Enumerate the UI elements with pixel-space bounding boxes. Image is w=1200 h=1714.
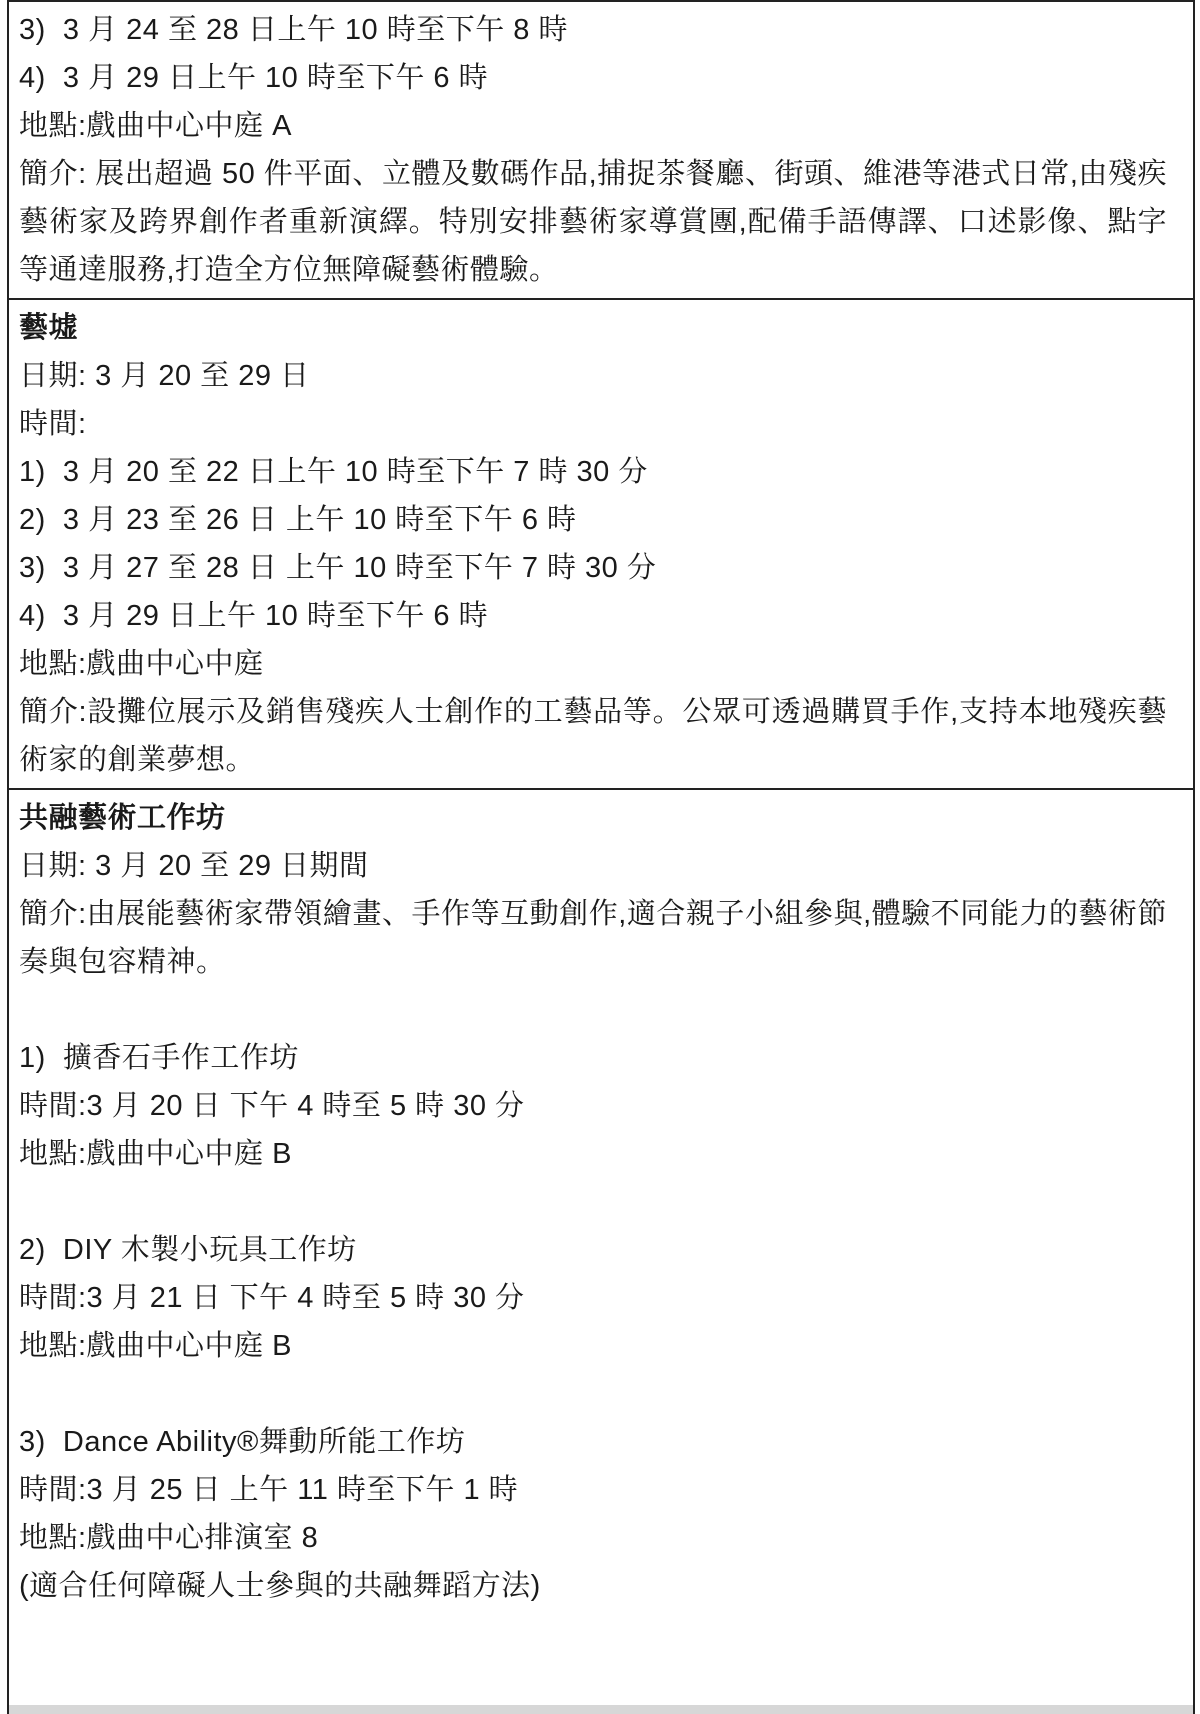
paragraph: 簡介: 展出超過 50 件平面、立體及數碼作品,捕捉茶餐廳、街頭、維港等港式日常… (19, 150, 1167, 294)
paragraph: 地點:戲曲中心中庭 A (19, 102, 1167, 150)
table-row-exhibition-details-continued: 3) 3 月 24 至 28 日上午 10 時至下午 8 時4) 3 月 29 … (9, 2, 1193, 300)
paragraph: 地點:戲曲中心中庭 B (19, 1322, 1167, 1370)
section-title: 共融藝術工作坊 (19, 794, 1167, 842)
section-title: 藝墟 (19, 304, 1167, 352)
paragraph: 2) DIY 木製小玩具工作坊 (19, 1226, 1167, 1274)
table-row-art-market: 藝墟日期: 3 月 20 至 29 日時間:1) 3 月 20 至 22 日上午… (9, 300, 1193, 790)
paragraph (19, 1178, 1167, 1226)
paragraph: 4) 3 月 29 日上午 10 時至下午 6 時 (19, 592, 1167, 640)
paragraph (19, 1658, 1167, 1706)
paragraph: 1) 擴香石手作工作坊 (19, 1034, 1167, 1082)
paragraph: 4) 3 月 29 日上午 10 時至下午 6 時 (19, 54, 1167, 102)
document-page: 3) 3 月 24 至 28 日上午 10 時至下午 8 時4) 3 月 29 … (0, 0, 1200, 1714)
paragraph: 地點:戲曲中心中庭 (19, 640, 1167, 688)
paragraph: (適合任何障礙人士參與的共融舞蹈方法) (19, 1562, 1167, 1610)
paragraph: 地點:戲曲中心中庭 B (19, 1130, 1167, 1178)
paragraph: 日期: 3 月 20 至 29 日期間 (19, 842, 1167, 890)
paragraph: 2) 3 月 23 至 26 日 上午 10 時至下午 6 時 (19, 496, 1167, 544)
paragraph: 時間:3 月 25 日 上午 11 時至下午 1 時 (19, 1466, 1167, 1514)
paragraph: 地點:戲曲中心排演室 8 (19, 1514, 1167, 1562)
doc-table: 3) 3 月 24 至 28 日上午 10 時至下午 8 時4) 3 月 29 … (7, 0, 1195, 1712)
paragraph: 3) 3 月 24 至 28 日上午 10 時至下午 8 時 (19, 6, 1167, 54)
paragraph: 時間:3 月 20 日 下午 4 時至 5 時 30 分 (19, 1082, 1167, 1130)
paragraph: 簡介:由展能藝術家帶領繪畫、手作等互動創作,適合親子小組參與,體驗不同能力的藝術… (19, 890, 1167, 986)
paragraph (19, 986, 1167, 1034)
paragraph: 時間: (19, 400, 1167, 448)
paragraph: 3) Dance Ability®舞動所能工作坊 (19, 1418, 1167, 1466)
paragraph: 簡介:設攤位展示及銷售殘疾人士創作的工藝品等。公眾可透過購買手作,支持本地殘疾藝… (19, 688, 1167, 784)
paragraph: 1) 3 月 20 至 22 日上午 10 時至下午 7 時 30 分 (19, 448, 1167, 496)
paragraph (19, 1370, 1167, 1418)
paragraph (19, 1610, 1167, 1658)
paragraph: 日期: 3 月 20 至 29 日 (19, 352, 1167, 400)
next-row-shaded-strip (7, 1705, 1195, 1714)
paragraph: 3) 3 月 27 至 28 日 上午 10 時至下午 7 時 30 分 (19, 544, 1167, 592)
paragraph: 時間:3 月 21 日 下午 4 時至 5 時 30 分 (19, 1274, 1167, 1322)
table-row-inclusive-art-workshops: 共融藝術工作坊日期: 3 月 20 至 29 日期間簡介:由展能藝術家帶領繪畫、… (9, 790, 1193, 1712)
